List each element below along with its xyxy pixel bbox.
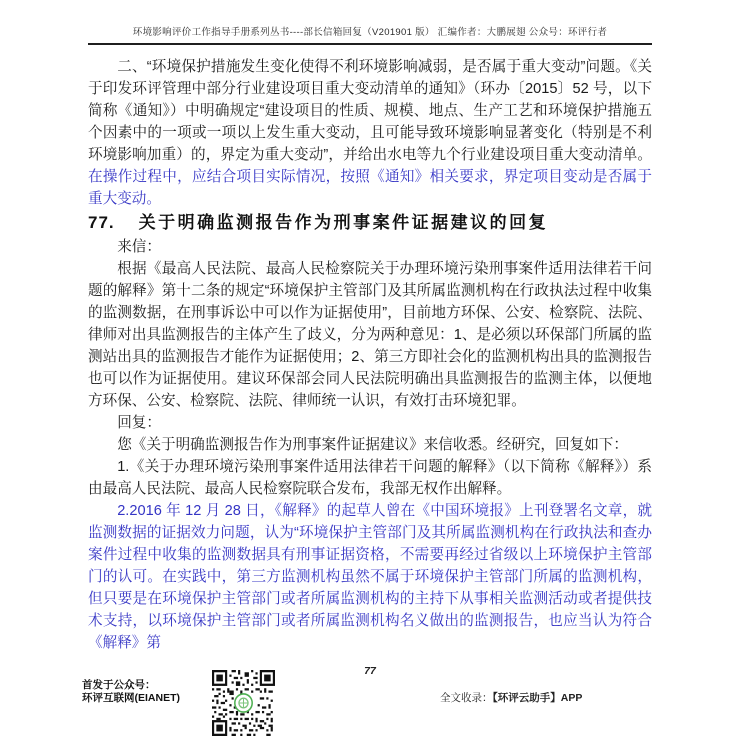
footer-collection-note: 全文收录：【环评云助手】APP (440, 690, 582, 705)
section-heading: 77.关于明确监测报告作为刑事案件证据建议的回复 (88, 210, 652, 236)
section-number: 77. (88, 210, 115, 236)
qr-center-logo-icon (235, 694, 252, 712)
reply-label: 回复： (88, 412, 652, 434)
running-header: 环境影响评价工作指导手册系列丛书----部长信箱回复（V201901 版） 汇编… (88, 24, 652, 45)
paragraph-major-change-blue: 在操作过程中，应结合项目实际情况，按照《通知》相关要求，界定项目变动是否属于重大… (88, 169, 652, 207)
paragraph-major-change: 二、“环境保护措施发生变化使得不利环境影响减弱，是否属于重大变动”问题。《关于印… (88, 56, 652, 210)
letter-label: 来信： (88, 236, 652, 258)
footer-collection-app: 【环评云助手】APP (493, 692, 583, 704)
footer-publisher-line2: 环评互联网(EIANET) (82, 692, 180, 705)
footer-publisher-line1: 首发于公众号： (82, 679, 180, 692)
paragraph-major-change-black: 二、“环境保护措施发生变化使得不利环境影响减弱，是否属于重大变动”问题。《关于印… (88, 59, 652, 163)
qr-code-graphic (212, 670, 275, 736)
qr-code (212, 670, 275, 736)
letter-body-paragraph: 根据《最高人民法院、最高人民检察院关于办理环境污染刑事案件适用法律若干问题的解释… (88, 258, 652, 412)
section-title: 关于明确监测报告作为刑事案件证据建议的回复 (139, 213, 549, 232)
reply-point1-paragraph: 1.《关于办理环境污染刑事案件适用法律若干问题的解释》（以下简称《解释》）系由最… (88, 456, 652, 500)
page-number: 77 (0, 665, 740, 677)
page-body: 二、“环境保护措施发生变化使得不利环境影响减弱，是否属于重大变动”问题。《关于印… (88, 56, 652, 654)
footer-publisher: 首发于公众号： 环评互联网(EIANET) (82, 679, 180, 704)
reply-intro-paragraph: 您《关于明确监测报告作为刑事案件证据建议》来信收悉。经研究，回复如下： (88, 434, 652, 456)
footer-collection-prefix: 全文收录： (440, 692, 493, 704)
document-page: 环境影响评价工作指导手册系列丛书----部长信箱回复（V201901 版） 汇编… (0, 0, 740, 740)
reply-point2-paragraph: 2.2016 年 12 月 28 日，《解释》的起草人曾在《中国环境报》上刊登署… (88, 500, 652, 654)
